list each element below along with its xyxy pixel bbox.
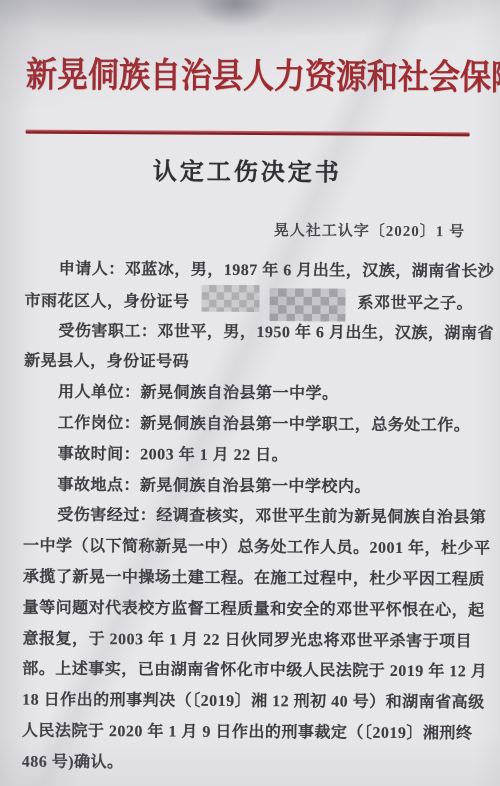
agency-name: 新晃侗族自治县人力资源和社会保障局 [26, 46, 470, 99]
redaction-mosaic-1 [202, 284, 260, 311]
body-line-incident-1: 受伤害经过：经调查核实，邓世平生前为新晃侗族自治县第 [23, 501, 467, 535]
redaction-mosaic-2 [269, 288, 345, 321]
document-title: 认定工伤决定书 [25, 151, 469, 189]
body-line-incident-3: 承揽了新晃一中操场土建工程。在施工过程中，杜少平因工程质 [23, 563, 467, 597]
body-line-incident-8: 人民法院于 2020 年 1 月 9 日作出的刑事裁定（〔2019〕湘刑终 [22, 717, 466, 751]
body-line-incident-6: 部。上述事实，已由湖南省怀化市中级人民法院于 2019 年 12 月 [22, 655, 466, 689]
document-number: 晃人社工认字〔2020〕1 号 [25, 218, 469, 242]
photo-of-document: { "colors": { "header_red": "#9e2b30", "… [0, 0, 500, 786]
document-body: 申请人：邓蓝冰，男，1987 年 6 月出生，汉族，湖南省长沙 市雨花区人，身份… [22, 255, 469, 781]
id-line-after-text: 系邓世平之子。 [358, 295, 474, 313]
body-line-employer: 用人单位：新晃侗族自治县第一中学。 [24, 378, 468, 412]
body-line-incident-5: 意报复，于 2003 年 1 月 22 日伙同罗光忠将邓世平杀害于项目 [22, 624, 466, 658]
body-line-injured-worker: 受伤害职工：邓世平，男，1950 年 6 月出生，汉族，湖南省 [24, 316, 468, 350]
id-line-before-text: 市雨花区人，身份证号 [25, 293, 190, 311]
document-sheet: 新晃侗族自治县人力资源和社会保障局 认定工伤决定书 晃人社工认字〔2020〕1 … [0, 0, 500, 786]
body-line-incident-7: 18 日作出的刑事判决（〔2019〕湘 12 刑初 40 号）和湖南省高级 [22, 686, 466, 720]
body-line-id-redacted: 市雨花区人，身份证号系邓世平之子。 [24, 285, 468, 319]
body-line-incident-4: 量等问题对代表校方监督工程质量和安全的邓世平怀恨在心，起 [23, 593, 467, 627]
body-line-worker-id: 新晃县人，身份证号码 [24, 347, 468, 381]
body-line-incident-9: 486 号)确认。 [22, 747, 466, 781]
body-line-incident-2: 一中学（以下简称新晃一中）总务处工作人员。2001 年，杜少平 [23, 532, 467, 566]
body-line-job-position: 工作岗位：新晃侗族自治县第一中学职工，总务处工作。 [24, 409, 468, 443]
body-line-accident-time: 事故时间：2003 年 1 月 22 日。 [24, 439, 468, 473]
body-line-accident-place: 事故地点：新晃侗族自治县第一中学校内。 [23, 470, 467, 504]
header-rule [26, 130, 470, 137]
body-line-applicant: 申请人：邓蓝冰，男，1987 年 6 月出生，汉族，湖南省长沙 [25, 255, 469, 289]
